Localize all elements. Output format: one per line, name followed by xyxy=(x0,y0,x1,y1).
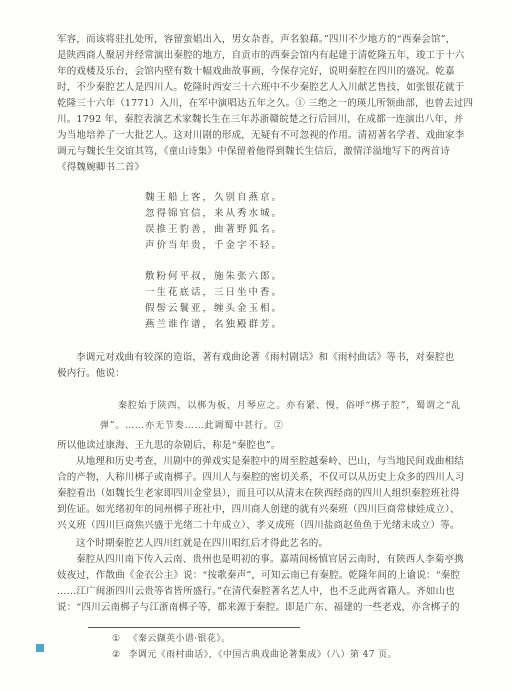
footnote-2: ②李调元《雨村曲话》，《中国古典戏曲论著集成》（八）第 47 页。 xyxy=(112,648,472,664)
text-line: 合的产物，人称川梆子或南梆子。四川人与秦腔的密切关系，不仅可以从历史上众多的四川… xyxy=(57,470,459,486)
footnote-text: 李调元《雨村曲话》，《中国古典戏曲论著集成》（八）第 47 页。 xyxy=(128,650,396,660)
poem-line: 一生花底话，三日坐中香。 xyxy=(145,285,405,301)
text-line: 乾隆三十六年（1771）入川，在军中演唱达五年之久。① 三绝之一的瑛儿所领曲部，… xyxy=(57,96,459,112)
block-quote: 秦腔始于陕西，以梆为板，月琴应之。亦有紧、慢，俗呼“梆子腔”，蜀谓之“乱 弹”。… xyxy=(100,396,448,436)
poem-line: 燕兰谁作谱，名独殿群芳。 xyxy=(145,317,405,333)
text-line: 妓夜过，作散曲《金衣公主》说：“按歌秦声”，可知云南已有秦腔。乾隆年间的上谕说：… xyxy=(57,568,459,584)
poem-line: 声价当年贵，千金字不轻。 xyxy=(145,238,405,254)
poem-stanza-1: 魏王船上客，久别自燕京。 忽得锦官信，来从秀水城。 误推王豹善，曲著野狐名。 声… xyxy=(145,190,405,254)
poem-line: 忽得锦官信，来从秀水城。 xyxy=(145,206,405,222)
text-line: 从地理和历史考查，川剧中的弹戏实是秦腔中的周至腔越秦岭、巴山，与当地民间戏曲相结 xyxy=(57,454,459,470)
scanned-book-page: 军容，而该将驻扎处所，容留蛮娼出入，男女杂沓，声名狼藉。”四川不少地方的“西秦会… xyxy=(0,0,511,690)
footnote-marker: ① xyxy=(112,634,120,644)
text-line: 极内行。他说： xyxy=(57,366,459,382)
paragraph-li-tiaoyuan: 李调元对戏曲有较深的造诣，著有戏曲论著《雨村剧话》和《雨村曲话》等书，对秦腔也 … xyxy=(57,350,459,382)
footnote-section: ①《秦云撷英小谱·银花》。 ②李调元《雨村曲话》，《中国古典戏曲论著集成》（八）… xyxy=(112,632,472,663)
paragraph-yunnan-guizhou: 秦腔从四川南下传入云南、贵州也是明初的事。嘉靖间杨慎官居云南时，有陕西人李菊亭携… xyxy=(57,552,459,616)
text-line: 兴义班（四川巨商焦兴盛于光绪二十年成立）、孝义成班（四川盐商赵鱼鱼于光绪末成立）… xyxy=(57,518,459,534)
text-line: 川。1792 年，秦腔表演艺术家魏长生在三年苏浙赣皖楚之行后回川，在成都一连演出… xyxy=(57,112,459,128)
paragraph-sichuan-hong: 这个时期秦腔艺人四川红就是在四川唱红后才得此艺名的。 xyxy=(57,536,459,552)
text-line: 秦腔从四川南下传入云南、贵州也是明初的事。嘉靖间杨慎官居云南时，有陕西人李菊亭携 xyxy=(57,552,459,568)
text-line: 说：“四川云南梆子与江浙南梆子等，都来源于秦腔。即是广东、福建的一些老戏，亦含梆… xyxy=(57,600,459,616)
text-line: 时，不少秦腔艺人是四川人。乾隆时西安三十六班中不少秦腔艺人入川献艺售技，如张银花… xyxy=(57,80,459,96)
text-line: ……江广闽浙四川云贵等省皆所盛行。”在清代秦腔著名艺人中，也不乏此两省籍人。齐如… xyxy=(57,584,459,600)
text-line: 为当地培养了一大批艺人。这对川剧的形成，无疑有不可忽视的作用。清初著名学者、戏曲… xyxy=(57,128,459,144)
poem-line: 误推王豹善，曲著野狐名。 xyxy=(145,222,405,238)
text-line: 李调元对戏曲有较深的造诣，著有戏曲论著《雨村剧话》和《雨村曲话》等书，对秦腔也 xyxy=(57,350,459,366)
poem-line: 假髻云鬟亚，缠头金玉相。 xyxy=(145,301,405,317)
text-line: 秦腔看出（如魏长生老家即四川金堂县），而且可以从清末在陕西经商的四川人组织秦腔班… xyxy=(57,486,459,502)
text-line: 调元与魏长生交谊其笃，《童山诗集》中保留着他得到魏长生信后，激情洋溢地写下的两首… xyxy=(57,144,459,160)
footnote-marker: ② xyxy=(112,650,120,660)
footnote-text: 《秦云撷英小谱·银花》。 xyxy=(128,634,230,644)
text-line: 是陕西商人聚居并经常演出秦腔的地方，自贡市的西秦会馆内有起建于清乾隆五年，竣工于… xyxy=(57,48,459,64)
text-line: 《得魏婉卿书二首》 xyxy=(57,160,459,176)
text-line: 军容，而该将驻扎处所，容留蛮娼出入，男女杂沓，声名狼藉。”四川不少地方的“西秦会… xyxy=(57,32,459,48)
paragraph-geography-history: 从地理和历史考查，川剧中的弹戏实是秦腔中的周至腔越秦岭、巴山，与当地民间戏曲相结… xyxy=(57,454,459,534)
paragraph-conclusion-line: 所以他读过康海、王九思的杂剧后，称是“秦腔也”。 xyxy=(57,438,459,454)
text-line: 年的戏楼及乐台，会馆内壁有数十幅戏曲故事画，今保存完好，说明秦腔在四川的盛况。乾… xyxy=(57,64,459,80)
poem-stanza-2: 敷粉何平叔，施朱张六郎。 一生花底话，三日坐中香。 假髻云鬟亚，缠头金玉相。 燕… xyxy=(145,269,405,333)
text-line: 这个时期秦腔艺人四川红就是在四川唱红后才得此艺名的。 xyxy=(57,536,459,552)
marker-square xyxy=(36,644,44,652)
text-line: 到佐证。如光绪初年的同州梆子班社中，四川商人创建的就有兴秦班（四川巨商常棣娃成立… xyxy=(57,502,459,518)
text-line: 所以他读过康海、王九思的杂剧后，称是“秦腔也”。 xyxy=(57,438,459,454)
footnote-divider xyxy=(88,627,300,628)
quote-line: 秦腔始于陕西，以梆为板，月琴应之。亦有紧、慢，俗呼“梆子腔”，蜀谓之“乱 xyxy=(100,396,448,416)
quote-line: 弹”。……亦无节奏……此调蜀中甚行。② xyxy=(100,416,448,436)
paragraph-opening: 军容，而该将驻扎处所，容留蛮娼出入，男女杂沓，声名狼藉。”四川不少地方的“西秦会… xyxy=(57,32,459,176)
poem-line: 敷粉何平叔，施朱张六郎。 xyxy=(145,269,405,285)
poem-line: 魏王船上客，久别自燕京。 xyxy=(145,190,405,206)
footnote-1: ①《秦云撷英小谱·银花》。 xyxy=(112,632,472,648)
